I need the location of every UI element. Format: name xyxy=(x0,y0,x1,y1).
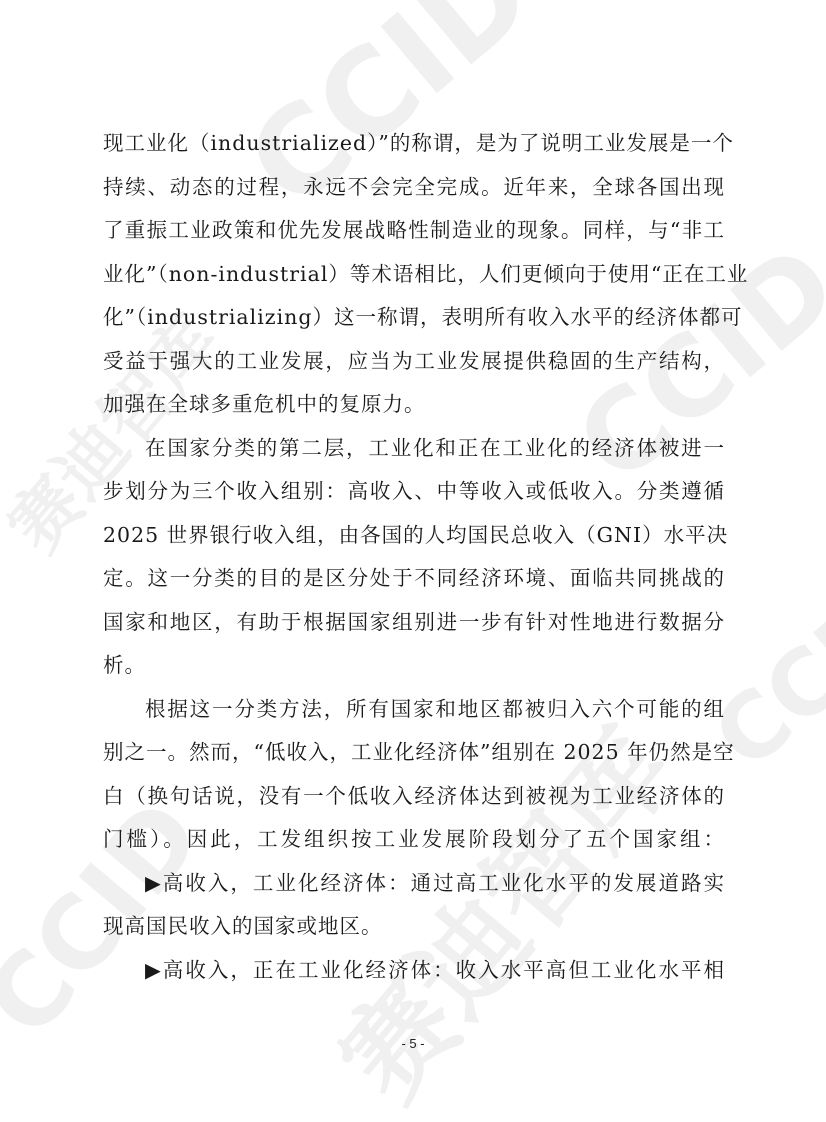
paragraph: 在国家分类的第二层，工业化和正在工业化的经济体被进一 步划分为三个收入组别：高收… xyxy=(103,427,725,688)
text-line: 现工业化（industrialized）”的称谓，是为了说明工业发展是一个 xyxy=(103,122,725,166)
text-line: 持续、动态的过程，永远不会完全完成。近年来，全球各国出现 xyxy=(103,166,725,210)
text-line: 定。这一分类的目的是区分处于不同经济环境、面临共同挑战的 xyxy=(103,557,725,601)
text-line: 受益于强大的工业发展，应当为工业发展提供稳固的生产结构， xyxy=(103,340,725,384)
text-line: 业化”（non-industrial）等术语相比，人们更倾向于使用“正在工业 xyxy=(103,253,725,297)
paragraph: 根据这一分类方法，所有国家和地区都被归入六个可能的组 别之一。然而，“低收入，工… xyxy=(103,688,725,862)
text-line: 白（换句话说，没有一个低收入经济体达到被视为工业经济体的 xyxy=(103,775,725,819)
text-line: ▶高收入，工业化经济体：通过高工业化水平的发展道路实 xyxy=(103,862,725,906)
text-line: 2025 世界银行收入组，由各国的人均国民总收入（GNI）水平决 xyxy=(103,514,725,558)
text-line: 根据这一分类方法，所有国家和地区都被归入六个可能的组 xyxy=(103,688,725,732)
text-line: 析。 xyxy=(103,644,725,688)
text-line: 加强在全球多重危机中的复原力。 xyxy=(103,383,725,427)
bullet-paragraph: ▶高收入，正在工业化经济体：收入水平高但工业化水平相 xyxy=(103,949,725,993)
text-line: ▶高收入，正在工业化经济体：收入水平高但工业化水平相 xyxy=(103,949,725,993)
text-line: 门槛）。因此，工发组织按工业发展阶段划分了五个国家组： xyxy=(103,818,725,862)
text-line: 别之一。然而，“低收入，工业化经济体”组别在 2025 年仍然是空 xyxy=(103,731,725,775)
page-number: - 5 - xyxy=(0,1036,826,1051)
text-line: 了重振工业政策和优先发展战略性制造业的现象。同样，与“非工 xyxy=(103,209,725,253)
bullet-paragraph: ▶高收入，工业化经济体：通过高工业化水平的发展道路实 现高国民收入的国家或地区。 xyxy=(103,862,725,949)
text-line: 化”（industrializing）这一称谓，表明所有收入水平的经济体都可 xyxy=(103,296,725,340)
text-line: 步划分为三个收入组别：高收入、中等收入或低收入。分类遵循 xyxy=(103,470,725,514)
document-body: 现工业化（industrialized）”的称谓，是为了说明工业发展是一个 持续… xyxy=(103,122,725,992)
text-line: 现高国民收入的国家或地区。 xyxy=(103,905,725,949)
paragraph: 现工业化（industrialized）”的称谓，是为了说明工业发展是一个 持续… xyxy=(103,122,725,427)
text-line: 国家和地区，有助于根据国家组别进一步有针对性地进行数据分 xyxy=(103,601,725,645)
text-line: 在国家分类的第二层，工业化和正在工业化的经济体被进一 xyxy=(103,427,725,471)
